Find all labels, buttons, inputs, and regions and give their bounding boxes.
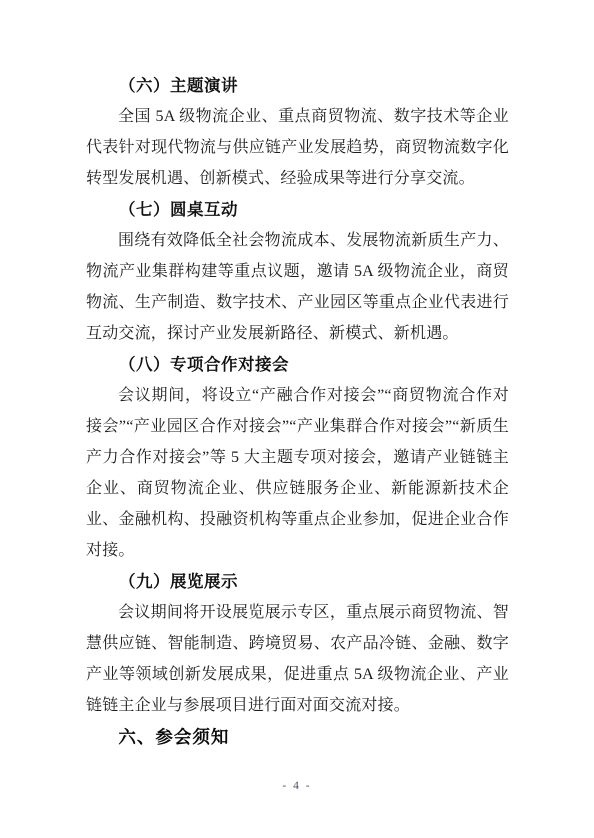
document-page: （六）主题演讲 全国 5A 级物流企业、重点商贸物流、数字技术等企业代表针对现代… [0,0,594,838]
section-heading-exhibition: （九）展览展示 [86,566,509,597]
section-keynote-speeches: （六）主题演讲 全国 5A 级物流企业、重点商贸物流、数字技术等企业代表针对现代… [86,70,509,194]
page-number: - 4 - [0,780,594,792]
section-heading-keynote: （六）主题演讲 [86,70,509,101]
section-paragraph-keynote: 全国 5A 级物流企业、重点商贸物流、数字技术等企业代表针对现代物流与供应链产业… [86,101,509,194]
chapter-heading-participation-notes: 六、参会须知 [86,721,509,754]
section-paragraph-roundtable: 围绕有效降低全社会物流成本、发展物流新质生产力、物流产业集群构建等重点议题，邀请… [86,225,509,349]
section-exhibition: （九）展览展示 会议期间将开设展览展示专区，重点展示商贸物流、智慧供应链、智能制… [86,566,509,721]
section-roundtable: （七）圆桌互动 围绕有效降低全社会物流成本、发展物流新质生产力、物流产业集群构建… [86,194,509,349]
section-special-matchmaking: （八）专项合作对接会 会议期间，将设立“产融合作对接会”“商贸物流合作对接会”“… [86,349,509,566]
section-paragraph-exhibition: 会议期间将开设展览展示专区，重点展示商贸物流、智慧供应链、智能制造、跨境贸易、农… [86,597,509,721]
section-paragraph-matchmaking: 会议期间，将设立“产融合作对接会”“商贸物流合作对接会”“产业园区合作对接会”“… [86,380,509,566]
document-content: （六）主题演讲 全国 5A 级物流企业、重点商贸物流、数字技术等企业代表针对现代… [86,70,509,754]
section-heading-roundtable: （七）圆桌互动 [86,194,509,225]
section-heading-matchmaking: （八）专项合作对接会 [86,349,509,380]
